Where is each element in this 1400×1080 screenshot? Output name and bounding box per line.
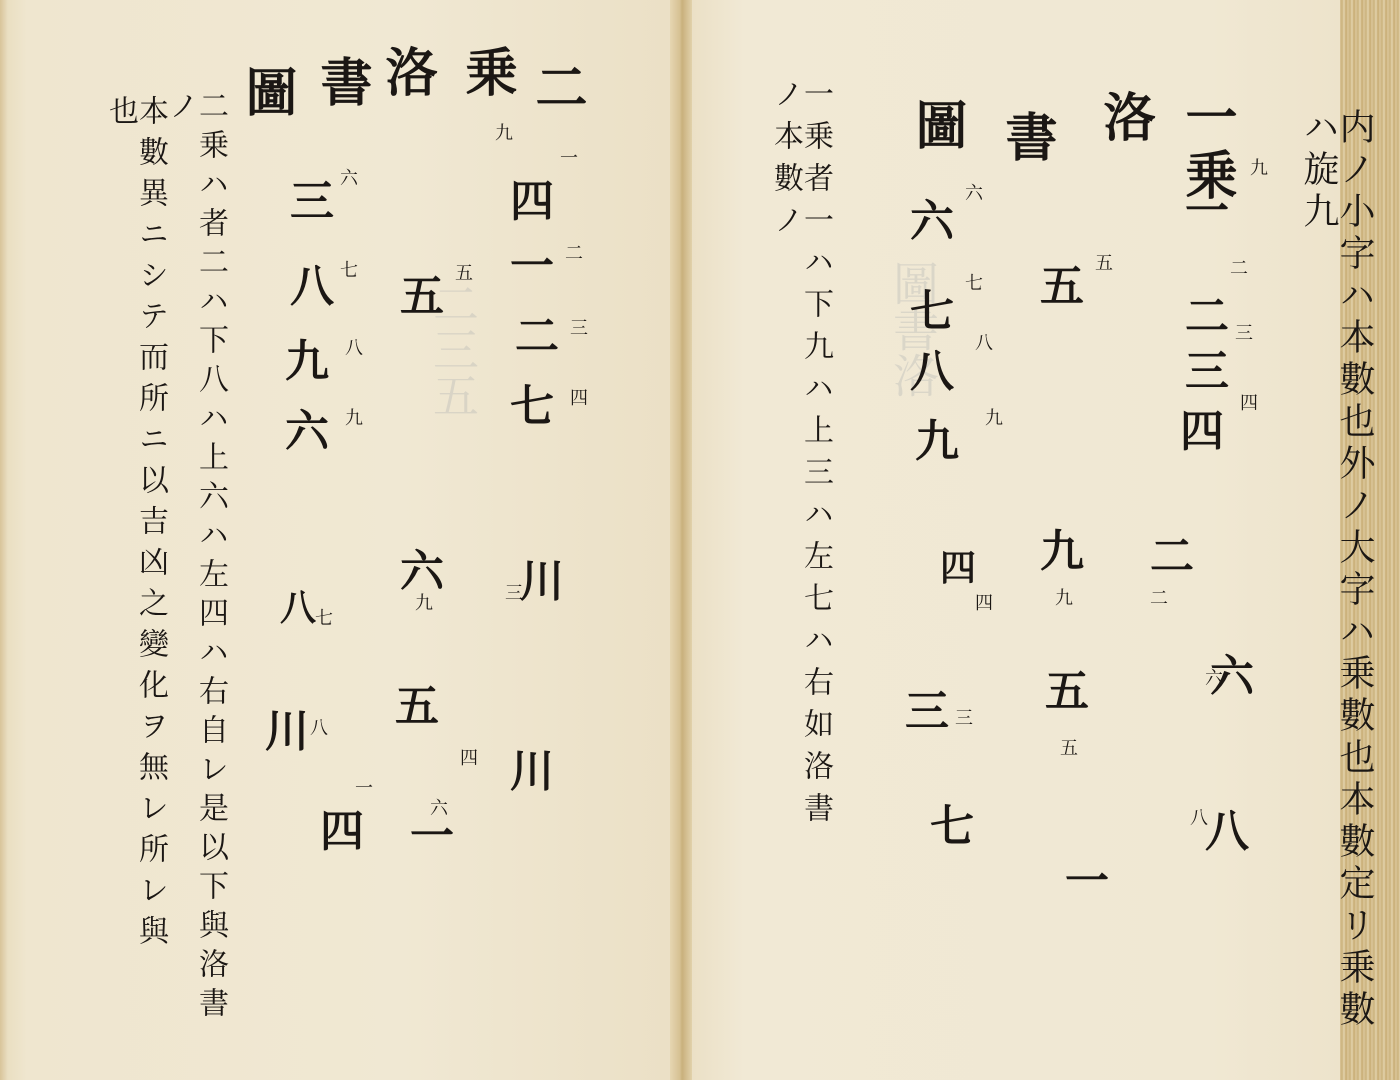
manuscript-spread: 圖書洛 二三五 内ノ小字ハ本數也外ノ大字ハ乗數也本數定リ乗數ハ旋九 一乗 洛 書…	[0, 0, 1400, 1080]
num: 四	[940, 550, 976, 586]
small-num: 九	[985, 410, 1003, 428]
left-title-part5: 圖	[240, 65, 292, 123]
num: 三	[905, 690, 949, 734]
num: 四	[320, 810, 364, 854]
num: 五	[395, 685, 439, 729]
small-num: 七	[340, 262, 358, 280]
center-small-num: 五	[455, 265, 473, 283]
left-title-part1: 二	[530, 60, 582, 118]
small-num: 八	[1190, 810, 1208, 828]
center-num: 五	[1040, 265, 1084, 309]
num: 五	[1045, 670, 1089, 714]
num: 三	[290, 180, 334, 224]
small-num: 八	[310, 720, 328, 738]
num: 川	[520, 560, 564, 604]
right-margin-note: 内ノ小字ハ本數也外ノ大字ハ乗數也本數定リ乗數ハ旋九	[1300, 108, 1372, 1068]
right-commentary: 一乗者一ハ下九ハ上三ハ左七ハ右如洛書ノ本數ノ	[770, 78, 830, 858]
num: 九	[915, 420, 959, 464]
num: 二	[1150, 535, 1194, 579]
small-num: 一	[560, 150, 578, 168]
right-title-part2: 洛	[1098, 90, 1150, 148]
num: 九	[1040, 530, 1084, 574]
num: 八	[1205, 810, 1249, 854]
left-title-part4: 書	[315, 55, 367, 113]
num: 七	[930, 805, 974, 849]
small-num: 九	[1250, 160, 1268, 178]
small-num: 七	[965, 275, 983, 293]
small-num: 二	[1150, 590, 1168, 608]
num: 一	[1065, 860, 1109, 904]
num: 一	[410, 815, 454, 859]
center-num: 五	[400, 275, 444, 319]
right-title-part3: 書	[1000, 110, 1052, 168]
small-num: 七	[315, 610, 333, 628]
small-num: 九	[345, 410, 363, 428]
small-num: 二	[565, 245, 583, 263]
num: 四	[1180, 410, 1224, 454]
left-commentary-1: 二乗ハ者二ハ下八ハ上六ハ左四ハ右自レ是以下與洛書ノ	[165, 90, 225, 1050]
small-num: 五	[1060, 740, 1078, 758]
small-num: 九	[1055, 590, 1073, 608]
num: 八	[290, 265, 334, 309]
num: 川	[510, 750, 554, 794]
num: 九	[285, 340, 329, 384]
num: 二	[1185, 295, 1229, 339]
num: 三	[1185, 350, 1229, 394]
left-title-part2: 乗	[460, 45, 512, 103]
small-num: 八	[345, 340, 363, 358]
num: 六	[400, 550, 444, 594]
small-num: 八	[975, 335, 993, 353]
center-small-num: 五	[1095, 255, 1113, 273]
small-num: 四	[570, 390, 588, 408]
small-num: 三	[505, 585, 523, 603]
num: 八	[280, 590, 316, 626]
small-num: 九	[495, 125, 513, 143]
left-title-part3: 洛	[380, 45, 432, 103]
right-title-part4: 圖	[910, 98, 962, 156]
left-page-edge	[0, 0, 8, 1080]
small-num: 六	[965, 185, 983, 203]
small-num: 四	[975, 595, 993, 613]
num: 七	[910, 290, 954, 334]
small-num: 三	[570, 320, 588, 338]
num: 二	[515, 315, 559, 359]
num: 四	[510, 180, 554, 224]
small-num: 二	[1230, 260, 1248, 278]
left-commentary-2: 本數異ニシテ而所ニ以吉凶之變化ヲ無レ所レ與也	[105, 95, 165, 975]
num: 六	[910, 200, 954, 244]
small-num: 六	[1205, 670, 1223, 688]
small-num: 三	[955, 710, 973, 728]
small-num: 四	[1240, 395, 1258, 413]
small-num: 九	[415, 595, 433, 613]
small-num: 三	[1235, 325, 1253, 343]
small-num: 四	[460, 750, 478, 768]
book-gutter	[670, 0, 692, 1080]
small-num: 六	[340, 170, 358, 188]
num: 一	[510, 245, 554, 289]
num: 八	[910, 350, 954, 394]
num: 六	[285, 410, 329, 454]
num: 七	[510, 385, 554, 429]
small-num: 六	[430, 800, 448, 818]
num: 一	[1185, 190, 1229, 234]
small-num: 一	[355, 780, 373, 798]
num: 川	[265, 710, 309, 754]
